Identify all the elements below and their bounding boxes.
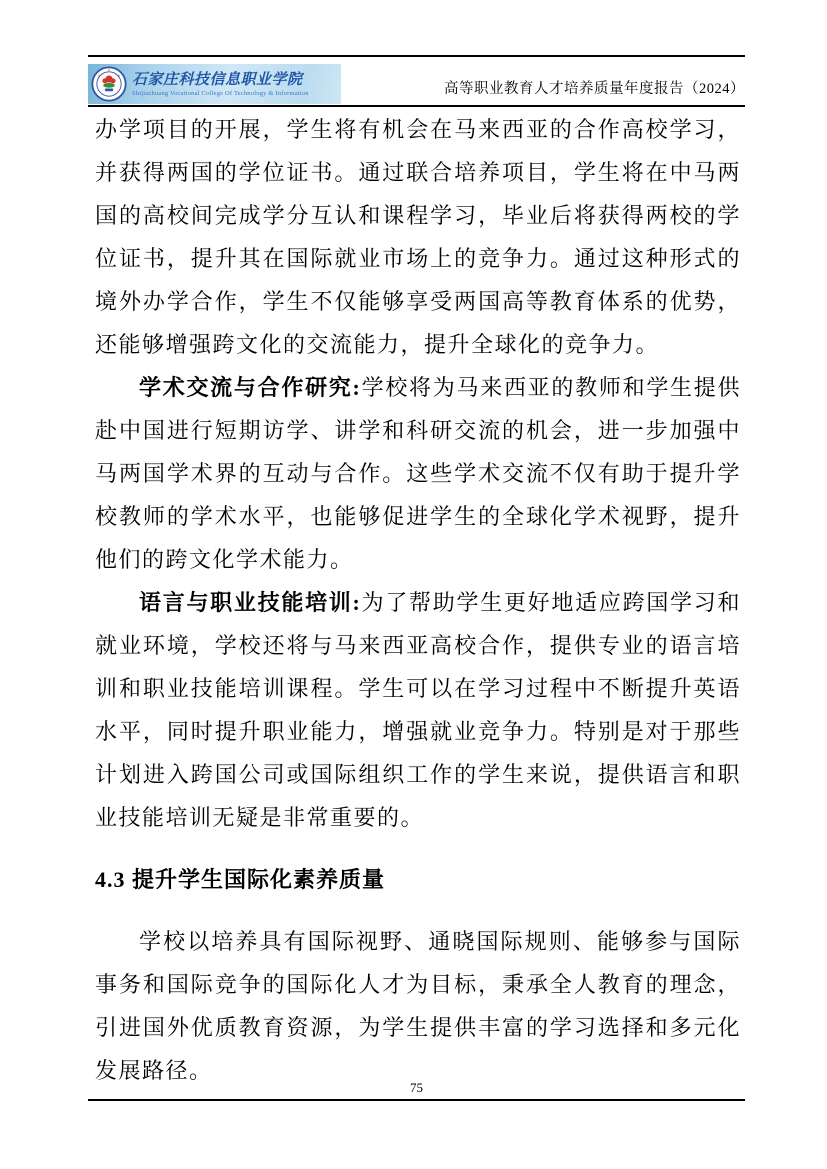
page-number: 75 [410,1080,423,1095]
paragraph-2-text: 学校将为马来西亚的教师和学生提供赴中国进行短期访学、讲学和科研交流的机会，进一步… [95,375,741,572]
college-logo-banner: 石家庄科技信息职业学院 Shijiazhuang Vocational Coll… [88,64,341,104]
section-heading-4-3: 4.3 提升学生国际化素养质量 [95,858,741,901]
paragraph-1: 办学项目的开展，学生将有机会在马来西亚的合作高校学习，并获得两国的学位证书。通过… [95,108,741,366]
paragraph-2: 学术交流与合作研究:学校将为马来西亚的教师和学生提供赴中国进行短期访学、讲学和科… [95,366,741,581]
paragraph-3-text: 为了帮助学生更好地适应跨国学习和就业环境，学校还将与马来西亚高校合作，提供专业的… [95,590,741,830]
paragraph-4: 学校以培养具有国际视野、通晓国际规则、能够参与国际事务和国际竞争的国际化人才为目… [95,920,741,1092]
college-logo-text: 石家庄科技信息职业学院 Shijiazhuang Vocational Coll… [132,71,309,98]
page-footer: 75 [88,1079,745,1101]
report-title: 高等职业教育人才培养质量年度报告（2024） [444,77,745,98]
paragraph-1-text: 办学项目的开展，学生将有机会在马来西亚的合作高校学习，并获得两国的学位证书。通过… [95,117,741,357]
college-emblem-icon [91,66,127,102]
document-page: 石家庄科技信息职业学院 Shijiazhuang Vocational Coll… [0,0,827,1169]
paragraph-2-lead: 学术交流与合作研究: [139,375,361,400]
document-body: 办学项目的开展，学生将有机会在马来西亚的合作高校学习，并获得两国的学位证书。通过… [95,108,741,1092]
college-name-cn: 石家庄科技信息职业学院 [132,71,309,89]
paragraph-4-text: 学校以培养具有国际视野、通晓国际规则、能够参与国际事务和国际竞争的国际化人才为目… [95,929,741,1083]
college-name-en: Shijiazhuang Vocational College Of Techn… [132,89,309,98]
page-header: 石家庄科技信息职业学院 Shijiazhuang Vocational Coll… [88,55,745,107]
paragraph-3: 语言与职业技能培训:为了帮助学生更好地适应跨国学习和就业环境，学校还将与马来西亚… [95,581,741,839]
paragraph-3-lead: 语言与职业技能培训: [139,590,361,615]
